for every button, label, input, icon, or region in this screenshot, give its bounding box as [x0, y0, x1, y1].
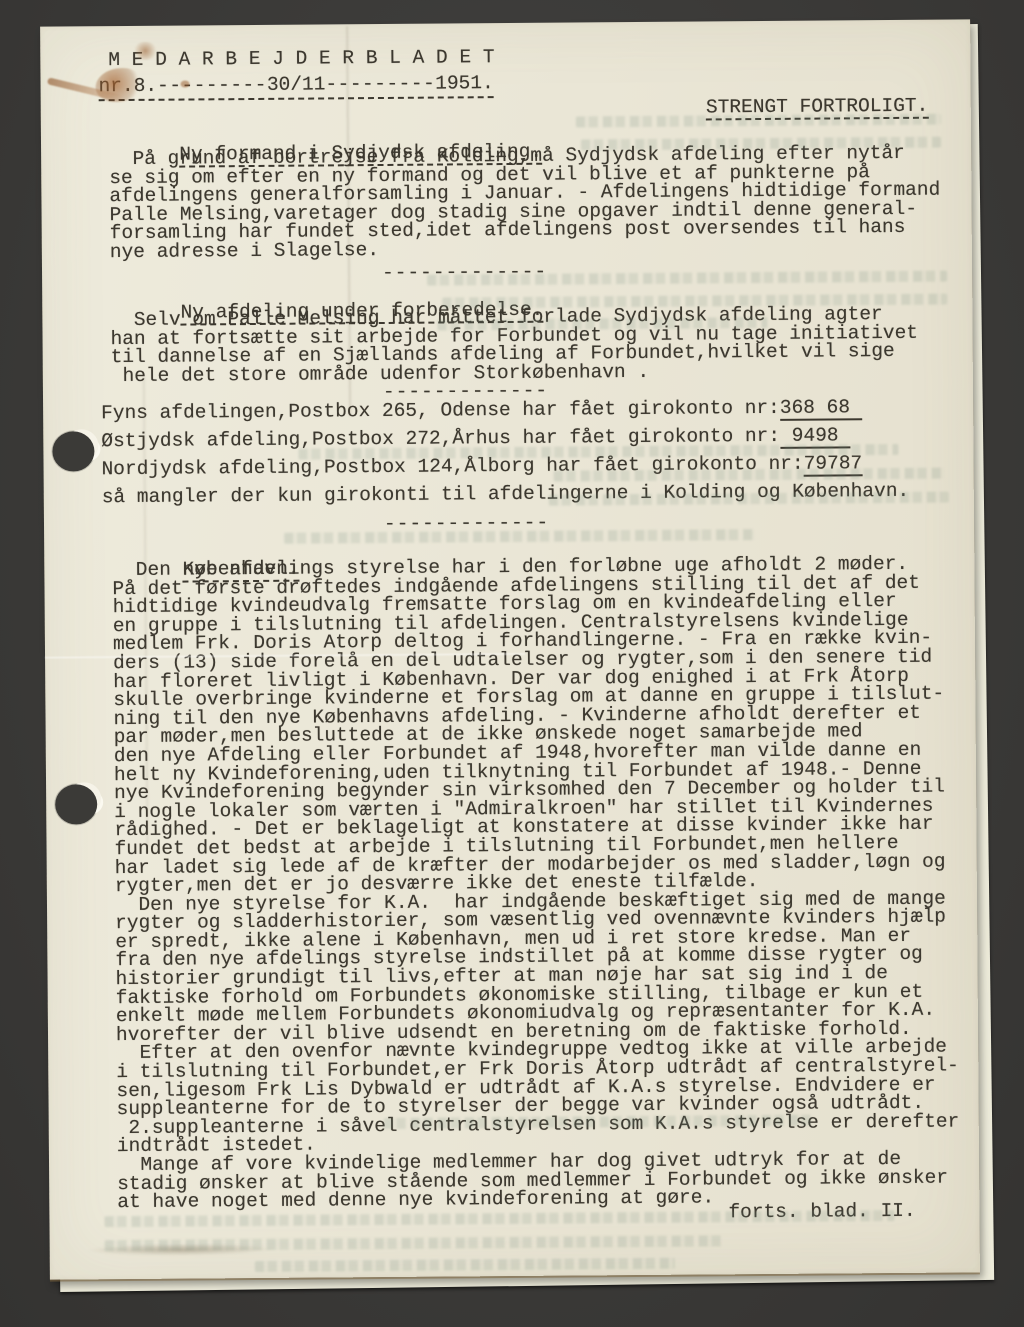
punch-hole	[52, 431, 94, 471]
bleed-through-text	[284, 529, 754, 544]
article-copenhagen: Den nye afdelings styrelse har i den for…	[112, 555, 960, 1212]
giro-row: Fyns afdelingen,Postbox 265, Odense har …	[101, 398, 862, 423]
classification-stamp: STRENGT FORTROLIGT.	[636, 78, 929, 140]
leader-dashes: ---------	[157, 74, 267, 97]
issue-line: nr.8.---------30/11---------1951.	[98, 74, 493, 101]
bleed-through-text	[255, 1258, 675, 1272]
scan-background: M E D A R B E J D E R B L A D E T nr.8.-…	[0, 0, 1024, 1327]
issue-date: 30/11	[267, 73, 326, 95]
paragraph-ka-board: Den nye styrelse for K.A. har indgående …	[115, 889, 959, 1044]
rust-stain	[181, 80, 190, 87]
masthead-title: M E D A R B E J D E R B L A D E T	[108, 48, 494, 70]
paragraph-women-group: Den nye afdelings styrelse har i den for…	[112, 555, 957, 896]
punch-hole	[55, 784, 97, 824]
rust-stain	[132, 42, 158, 60]
bleed-through-text	[104, 1210, 894, 1227]
bleed-through-text	[105, 1235, 725, 1251]
issue-year: 1951.	[435, 72, 494, 94]
paragraph-new-chairman: På grund af bortrejse fra Kolding,må Syd…	[109, 144, 941, 262]
bleed-through-text	[549, 492, 949, 506]
paragraph-new-branch: Selv om Palle Melsing har måttet forlade…	[110, 305, 918, 386]
document-page: M E D A R B E J D E R B L A D E T nr.8.-…	[40, 19, 980, 1279]
leader-dashes: ---------	[325, 73, 435, 96]
giro-account-number: 368 68	[780, 396, 862, 421]
paragraph-resignations: Efter at den ovenfor nævnte kvindegruppe…	[116, 1038, 959, 1156]
